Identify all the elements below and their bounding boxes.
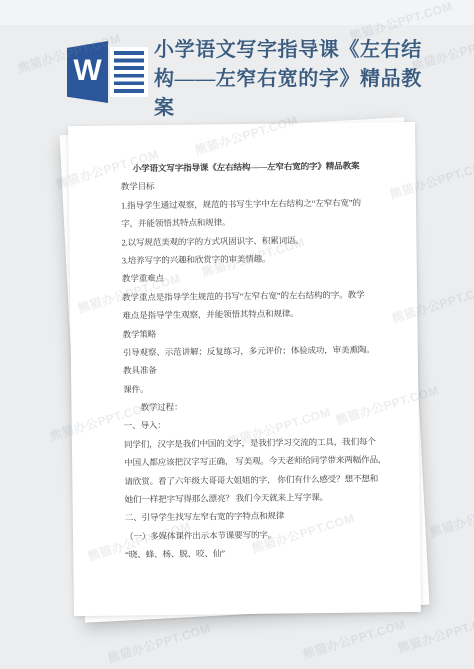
document-line: 引导观察、示范讲解；反复练习，多元评价；体验成功，审美熏陶。 xyxy=(123,340,374,361)
word-document-icon: W xyxy=(67,41,149,103)
word-icon-sheet-lines xyxy=(110,47,148,97)
page-title: 小学语文写字指导课《左右结构——左窄右宽的字》精品教案 xyxy=(154,36,436,123)
watermark-text: 熊猫办公PPT.COM xyxy=(428,493,474,540)
document-line: 小学语文写字指导课《左右结构——左窄右宽的字》精品教案 xyxy=(120,156,371,177)
header: W 小学语文写字指导课《左右结构——左窄右宽的字》精品教案 xyxy=(0,0,474,118)
watermark-text: 熊猫办公PPT.COM xyxy=(301,615,408,662)
document-line: 请欣赏。看了六年级大哥哥大姐姐的字， 你们有什么感受？想不想和 xyxy=(124,469,375,490)
document-lines: 小学语文写字指导课《左右结构——左窄右宽的字》精品教案教学目标1.指导学生通过观… xyxy=(120,156,376,564)
document-line: “晓、蜂、杨、脱、咬、仙” xyxy=(125,543,376,564)
document-page-preview[interactable]: 小学语文写字指导课《左右结构——左窄右宽的字》精品教案教学目标1.指导学生通过观… xyxy=(68,122,421,616)
watermark-text: 熊猫办公PPT.COM xyxy=(106,619,213,666)
watermark-text: 熊猫办公PPT.COM xyxy=(396,609,474,656)
document-line: 教学重点是指导学生规范的书写“左窄右宽”的左右结构的字。教学 xyxy=(122,285,373,306)
word-icon-letter: W xyxy=(73,56,101,86)
word-icon-cover: W xyxy=(67,41,108,103)
document-line: 1.指导学生通过观察，规范的书写生字中左右结构之“左窄右宽”的 xyxy=(121,193,372,214)
preview-canvas: W 小学语文写字指导课《左右结构——左窄右宽的字》精品教案 小学语文写字指导课《… xyxy=(0,0,474,669)
